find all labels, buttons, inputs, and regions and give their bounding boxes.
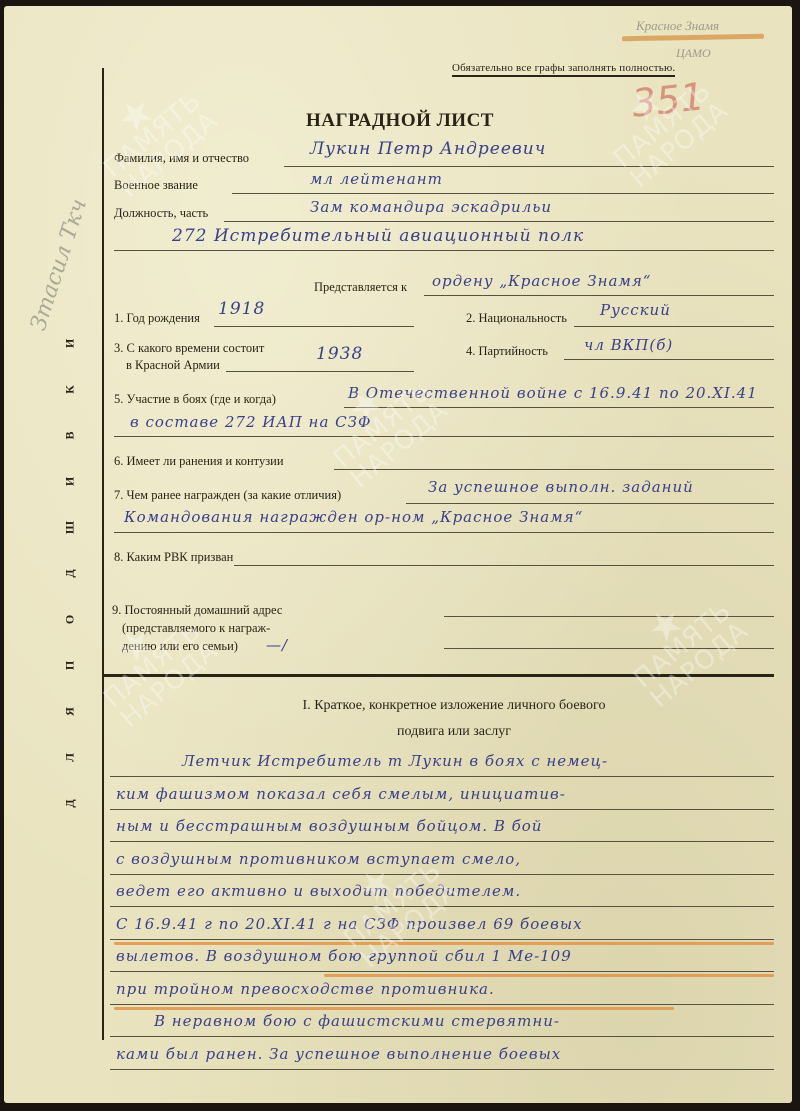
binding-margin-label: ДЛЯПОДШИВКИ bbox=[58, 306, 82, 806]
narrative-line: ным и бесстрашным воздушным бойцом. В бо… bbox=[116, 817, 542, 835]
margin-letter: И bbox=[63, 470, 78, 494]
orange-highlight-mark bbox=[324, 974, 774, 977]
rvk-label: 8. Каким РВК призван bbox=[114, 550, 233, 565]
address-label: 9. Постоянный домашний адрес bbox=[112, 603, 282, 618]
margin-letter: Я bbox=[63, 700, 78, 724]
birth-year-value: 1918 bbox=[218, 299, 265, 319]
corner-pencil-note: Красное Знамя bbox=[636, 18, 719, 34]
orange-highlight-mark bbox=[114, 1007, 674, 1010]
margin-letter: Д bbox=[63, 792, 78, 816]
army-since-label-2: в Красной Армии bbox=[126, 358, 220, 373]
award-value: ордену „Красное Знамя“ bbox=[432, 272, 651, 290]
section-heading-2: подвига или заслуг bbox=[104, 724, 800, 740]
rank-value: мл лейтенант bbox=[310, 170, 443, 188]
margin-letter: П bbox=[63, 654, 78, 678]
battles-value-2: в составе 272 ИАП на СЗФ bbox=[130, 413, 371, 431]
margin-letter: И bbox=[63, 332, 78, 356]
battles-label: 5. Участие в боях (где и когда) bbox=[114, 392, 276, 407]
previous-awards-label: 7. Чем ранее награжден (за какие отличия… bbox=[114, 488, 341, 503]
narrative-line: ками был ранен. За успешное выполнение б… bbox=[116, 1045, 561, 1063]
position-value: Зам командира эскадрильи bbox=[310, 198, 552, 216]
margin-letter: В bbox=[63, 424, 78, 448]
nationality-label: 2. Национальность bbox=[466, 311, 567, 326]
section-divider bbox=[104, 674, 774, 677]
section-heading: I. Краткое, конкретное изложение личного… bbox=[104, 698, 800, 714]
battles-value: В Отечественной войне с 16.9.41 по 20.XI… bbox=[348, 384, 758, 402]
army-since-label: 3. С какого времени состоит bbox=[114, 341, 264, 356]
narrative-line: ведет его активно и выходит победителем. bbox=[116, 882, 521, 900]
page-title: НАГРАДНОЙ ЛИСТ bbox=[0, 110, 800, 132]
award-sheet: ДЛЯПОДШИВКИ Зтасил Ткч Красное Знамя ЦАМ… bbox=[4, 6, 792, 1103]
narrative-line: Летчик Истребитель т Лукин в боях с неме… bbox=[182, 752, 608, 770]
narrative-line: С 16.9.41 г по 20.XI.41 г на СЗФ произве… bbox=[116, 915, 583, 933]
full-name-value: Лукин Петр Андреевич bbox=[310, 139, 546, 159]
margin-letter: О bbox=[63, 608, 78, 632]
narrative-line: ким фашизмом показал себя смелым, инициа… bbox=[116, 785, 566, 803]
narrative-line: при тройном превосходстве противника. bbox=[116, 980, 495, 998]
margin-letter: Ш bbox=[63, 516, 78, 540]
full-name-label: Фамилия, имя и отчество bbox=[114, 151, 249, 166]
orange-highlight-mark bbox=[114, 942, 774, 945]
party-value: чл ВКП(б) bbox=[584, 336, 673, 354]
wounds-label: 6. Имеет ли ранения и контузии bbox=[114, 454, 284, 469]
party-label: 4. Партийность bbox=[466, 344, 548, 359]
rank-label: Военное звание bbox=[114, 178, 198, 193]
address-label-2: (представляемого к награж- bbox=[122, 621, 270, 636]
watermark: ★ПАМЯТЬНАРОДА bbox=[613, 577, 753, 712]
margin-letter: Д bbox=[63, 562, 78, 586]
address-label-3: дению или его семьи) bbox=[122, 639, 238, 654]
corner-pencil-note-2: ЦАМО bbox=[676, 46, 711, 61]
birth-year-label: 1. Год рождения bbox=[114, 311, 200, 326]
mandatory-note: Обязательно все графы заполнять полность… bbox=[452, 62, 675, 77]
narrative-line: с воздушным противником вступает смело, bbox=[116, 850, 521, 868]
narrative-line: вылетов. В воздушном бою группой сбил 1 … bbox=[116, 947, 572, 965]
award-label: Представляется к bbox=[314, 280, 407, 295]
orange-strike-mark bbox=[622, 34, 764, 41]
position-label: Должность, часть bbox=[114, 206, 208, 221]
previous-awards-value: За успешное выполн. заданий bbox=[428, 478, 694, 496]
margin-letter: К bbox=[63, 378, 78, 402]
narrative-line: В неравном бою с фашистскими стервятни- bbox=[154, 1012, 560, 1030]
address-value: —/ bbox=[266, 636, 288, 654]
unit-value: 272 Истребительный авиационный полк bbox=[172, 226, 584, 246]
army-since-value: 1938 bbox=[316, 344, 363, 364]
binding-margin-line bbox=[102, 68, 104, 1040]
nationality-value: Русский bbox=[600, 301, 671, 319]
previous-awards-value-2: Командования награжден ор-ном „Красное З… bbox=[124, 508, 583, 526]
margin-letter: Л bbox=[63, 746, 78, 770]
